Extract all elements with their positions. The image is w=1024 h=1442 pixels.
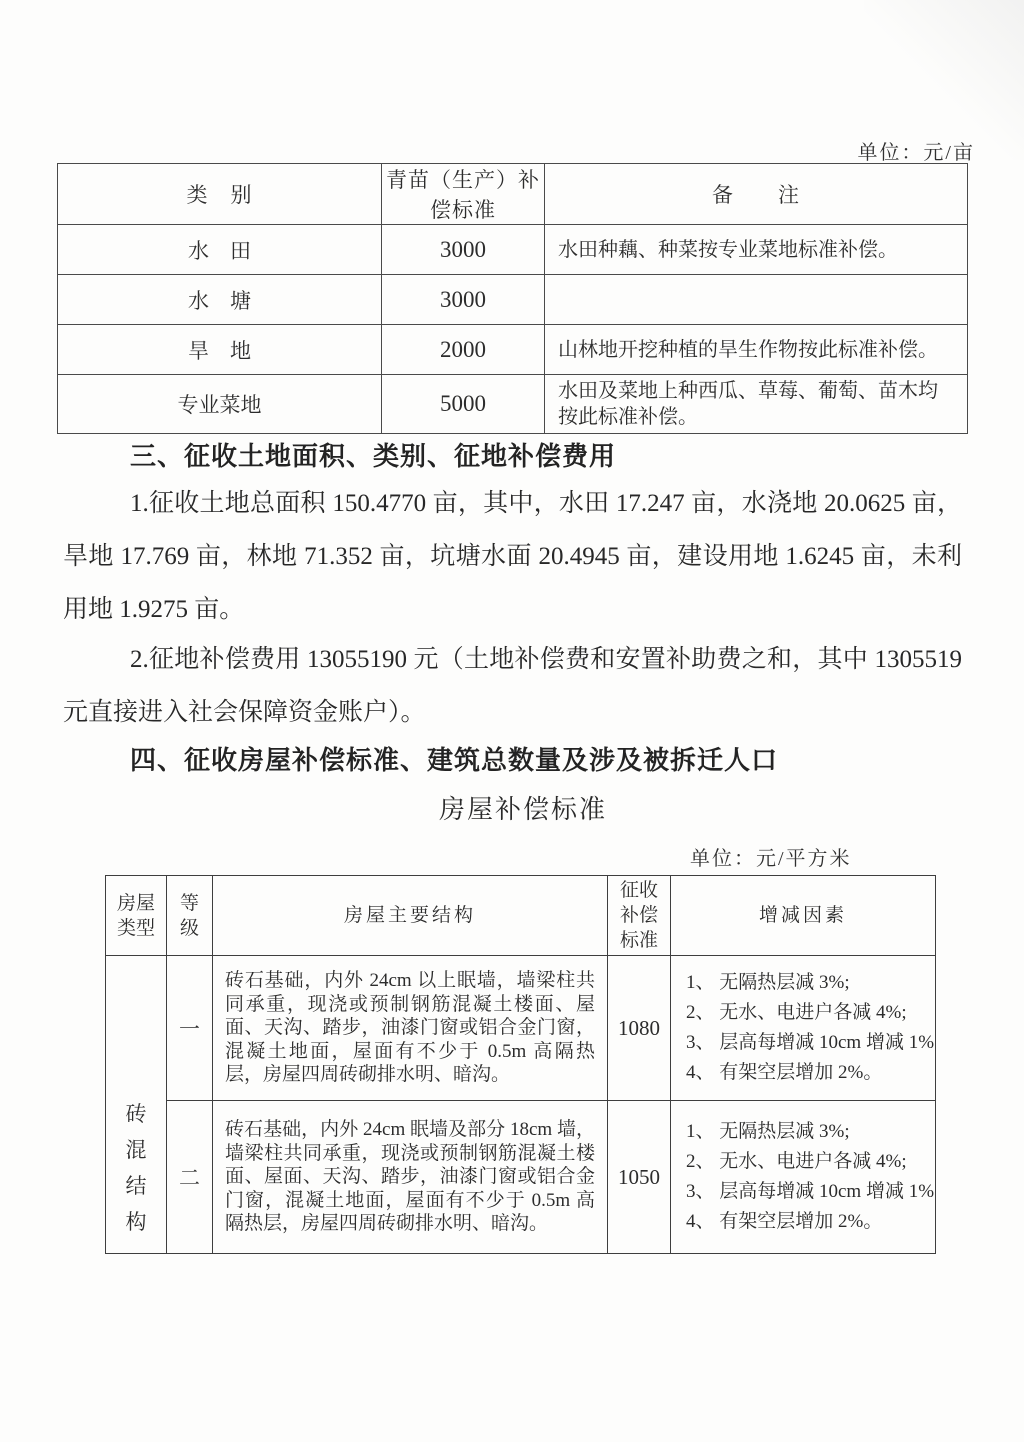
grade-cell: 一 xyxy=(167,956,213,1101)
category-cell: 水 田 xyxy=(58,225,382,275)
category-cell: 专业菜地 xyxy=(58,375,382,434)
paragraph-compensation-fee: 2.征地补偿费用 13055190 元（土地补偿费和安置补助费之和，其中 130… xyxy=(63,633,962,739)
factor-item: 4、 有架空层增加 2%。 xyxy=(686,1058,931,1088)
table2-header-grade: 等级 xyxy=(167,876,213,956)
remark-cell: 水田种藕、种菜按专业菜地标准补偿。 xyxy=(545,225,968,275)
table2-row-grade-one: 砖混结构 一 砖石基础，内外 24cm 以上眠墙，墙梁柱共同承重，现浇或预制钢筋… xyxy=(106,956,936,1101)
factor-item: 1、 无隔热层减 3%; xyxy=(686,968,931,998)
table1-header-row: 类 别 青苗（生产）补偿标准 备 注 xyxy=(58,164,968,225)
table2-header-standard: 征收补偿标准 xyxy=(608,876,671,956)
table1-row-vegetable: 专业菜地 5000 水田及菜地上种西瓜、草莓、葡萄、苗木均按此标准补偿。 xyxy=(58,375,968,434)
house-table-title: 房屋补偿标准 xyxy=(63,789,983,826)
structure-cell: 砖石基础，内外 24cm 以上眠墙，墙梁柱共同承重，现浇或预制钢筋混凝土楼面、屋… xyxy=(213,956,608,1101)
factor-item: 2、 无水、电进户各减 4%; xyxy=(686,1147,931,1177)
table2-header-factors: 增减因素 xyxy=(671,876,936,956)
paragraph-land-area: 1.征收土地总面积 150.4770 亩，其中，水田 17.247 亩，水浇地 … xyxy=(63,477,962,636)
standard-cell: 1050 xyxy=(608,1101,671,1254)
structure-cell: 砖石基础，内外 24cm 眠墙及部分 18cm 墙，墙梁柱共同承重，现浇或预制钢… xyxy=(213,1101,608,1254)
seedling-compensation-table: 类 别 青苗（生产）补偿标准 备 注 水 田 3000 水田种藕、种菜按专业菜地… xyxy=(57,163,968,434)
factors-cell: 1、 无隔热层减 3%; 2、 无水、电进户各减 4%; 3、 层高每增减 10… xyxy=(671,956,936,1101)
factor-item: 3、 层高每增减 10cm 增减 1%; xyxy=(686,1028,931,1058)
grade-cell: 二 xyxy=(167,1101,213,1254)
table1-header-standard: 青苗（生产）补偿标准 xyxy=(382,164,545,225)
table2-unit-note: 单位：元/平方米 xyxy=(690,842,852,871)
house-type-vertical-label: 砖混结构 xyxy=(124,1096,148,1240)
house-type-cell: 砖混结构 xyxy=(106,956,167,1254)
section-heading-four: 四、征收房屋补偿标准、建筑总数量及涉及被拆迁人口 xyxy=(63,740,963,777)
standard-cell: 2000 xyxy=(382,325,545,375)
remark-cell xyxy=(545,275,968,325)
factor-item: 2、 无水、电进户各减 4%; xyxy=(686,998,931,1028)
standard-cell: 3000 xyxy=(382,225,545,275)
factors-cell: 1、 无隔热层减 3%; 2、 无水、电进户各减 4%; 3、 层高每增减 10… xyxy=(671,1101,936,1254)
remark-cell: 水田及菜地上种西瓜、草莓、葡萄、苗木均按此标准补偿。 xyxy=(545,375,968,434)
category-cell: 旱 地 xyxy=(58,325,382,375)
table1-row-pond: 水 塘 3000 xyxy=(58,275,968,325)
category-cell: 水 塘 xyxy=(58,275,382,325)
factor-item: 1、 无隔热层减 3%; xyxy=(686,1117,931,1147)
table2-header-structure: 房屋主要结构 xyxy=(213,876,608,956)
standard-cell: 3000 xyxy=(382,275,545,325)
table2-row-grade-two: 二 砖石基础，内外 24cm 眠墙及部分 18cm 墙，墙梁柱共同承重，现浇或预… xyxy=(106,1101,936,1254)
table1-header-remark: 备 注 xyxy=(545,164,968,225)
table1-row-paddy: 水 田 3000 水田种藕、种菜按专业菜地标准补偿。 xyxy=(58,225,968,275)
standard-cell: 5000 xyxy=(382,375,545,434)
table1-row-dryland: 旱 地 2000 山林地开挖种植的旱生作物按此标准补偿。 xyxy=(58,325,968,375)
table1-header-category: 类 别 xyxy=(58,164,382,225)
remark-cell: 山林地开挖种植的旱生作物按此标准补偿。 xyxy=(545,325,968,375)
house-compensation-table: 房屋类型 等级 房屋主要结构 征收补偿标准 增减因素 砖混结构 一 砖石基础，内… xyxy=(105,875,936,1254)
factor-item: 4、 有架空层增加 2%。 xyxy=(686,1207,931,1237)
factor-item: 3、 层高每增减 10cm 增减 1%; xyxy=(686,1177,931,1207)
table1-unit-note: 单位：元/亩 xyxy=(857,136,975,165)
standard-cell: 1080 xyxy=(608,956,671,1101)
table2-header-row: 房屋类型 等级 房屋主要结构 征收补偿标准 增减因素 xyxy=(106,876,936,956)
document-page: 单位：元/亩 类 别 青苗（生产）补偿标准 备 注 水 田 3000 水田种藕、… xyxy=(0,0,1024,1442)
table2-header-house-type: 房屋类型 xyxy=(106,876,167,956)
section-heading-three: 三、征收土地面积、类别、征地补偿费用 xyxy=(63,436,963,473)
